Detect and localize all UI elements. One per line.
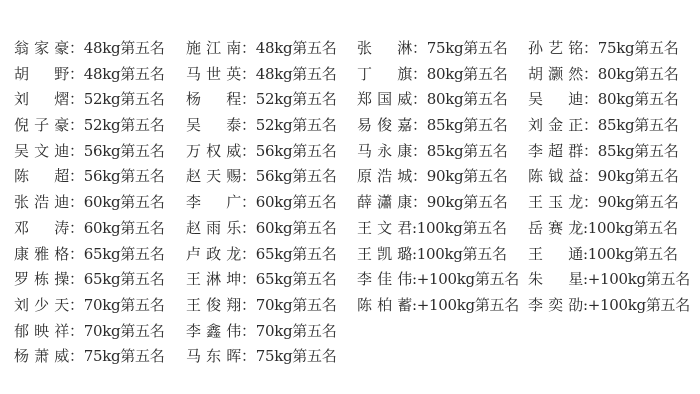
athlete-name: 孙艺铭 — [528, 36, 583, 62]
rank-label: 第五名 — [634, 139, 678, 165]
weight-class: 65kg — [256, 267, 293, 293]
weight-class: 56kg — [84, 139, 121, 165]
result-entry: 马东晖：75kg第五名 — [186, 344, 336, 370]
athlete-name: 王淋坤 — [186, 267, 241, 293]
separator: ： — [583, 62, 598, 88]
separator: ： — [69, 87, 84, 113]
result-entry: 倪子豪：52kg第五名 — [14, 113, 164, 139]
separator: ： — [241, 62, 256, 88]
result-entry: 刘少天：70kg第五名 — [14, 293, 164, 319]
separator: ： — [583, 36, 598, 62]
weight-class: 56kg — [84, 164, 121, 190]
result-entry: 易俊嘉：85kg第五名 — [357, 113, 519, 139]
rank-label: 第五名 — [292, 164, 336, 190]
rank-label: 第五名 — [634, 216, 678, 242]
result-entry: 康雅格：65kg第五名 — [14, 242, 164, 268]
rank-label: 第五名 — [634, 113, 678, 139]
rank-label: 第五名 — [120, 242, 164, 268]
separator: ： — [241, 216, 256, 242]
result-entry: 卢政龙：65kg第五名 — [186, 242, 336, 268]
athlete-name: 马世英 — [186, 62, 241, 88]
result-entry: 李鑫伟：70kg第五名 — [186, 319, 336, 345]
rank-label: 第五名 — [634, 190, 678, 216]
separator: ： — [241, 36, 256, 62]
athlete-name: 王文君 — [357, 216, 412, 242]
separator: ： — [69, 319, 84, 345]
separator: ： — [583, 190, 598, 216]
athlete-name: 李奕劭 — [528, 293, 583, 319]
weight-class: 85kg — [598, 139, 635, 165]
rank-label: 第五名 — [120, 87, 164, 113]
result-entry: 王文君:100kg第五名 — [357, 216, 519, 242]
athlete-name: 施江南 — [186, 36, 241, 62]
rank-label: 第五名 — [463, 87, 507, 113]
athlete-name: 陈钺益 — [528, 164, 583, 190]
weight-class: 80kg — [598, 87, 635, 113]
athlete-name: 杨 程 — [186, 87, 241, 113]
athlete-name: 郁映祥 — [14, 319, 69, 345]
athlete-name: 原浩城 — [357, 164, 412, 190]
athlete-name: 陈 超 — [14, 164, 69, 190]
rank-label: 第五名 — [463, 242, 507, 268]
separator: ： — [69, 113, 84, 139]
rank-label: 第五名 — [120, 293, 164, 319]
athlete-name: 吴文迪 — [14, 139, 69, 165]
weight-class: 48kg — [84, 36, 121, 62]
rank-label: 第五名 — [634, 36, 678, 62]
rank-label: 第五名 — [634, 87, 678, 113]
rank-label: 第五名 — [463, 36, 507, 62]
result-entry: 李 广：60kg第五名 — [186, 190, 336, 216]
result-entry: 罗栋操：65kg第五名 — [14, 267, 164, 293]
athlete-name: 岳赛龙 — [528, 216, 583, 242]
athlete-name: 马东晖 — [186, 344, 241, 370]
rank-label: 第五名 — [120, 36, 164, 62]
separator: ： — [69, 164, 84, 190]
weight-class: 56kg — [256, 164, 293, 190]
rank-label: 第五名 — [475, 267, 519, 293]
separator: ： — [241, 113, 256, 139]
rank-label: 第五名 — [634, 62, 678, 88]
weight-class: 52kg — [256, 87, 293, 113]
rank-label: 第五名 — [292, 319, 336, 345]
weight-class: +100kg — [417, 293, 475, 319]
athlete-name: 杨萧威 — [14, 344, 69, 370]
athlete-name: 刘金正 — [528, 113, 583, 139]
rank-label: 第五名 — [292, 113, 336, 139]
weight-class: 80kg — [427, 87, 464, 113]
weight-class: 65kg — [256, 242, 293, 268]
weight-class: 52kg — [84, 113, 121, 139]
result-entry: 杨萧威：75kg第五名 — [14, 344, 164, 370]
weight-class: +100kg — [588, 293, 646, 319]
athlete-name: 刘 熠 — [14, 87, 69, 113]
separator: ： — [241, 293, 256, 319]
weight-class: 70kg — [84, 293, 121, 319]
result-entry: 王凯璐:100kg第五名 — [357, 242, 519, 268]
rank-label: 第五名 — [120, 216, 164, 242]
rank-label: 第五名 — [646, 293, 690, 319]
weight-class: 85kg — [427, 113, 464, 139]
results-column-1: 翁家豪：48kg第五名胡 野：48kg第五名刘 熠：52kg第五名倪子豪：52k… — [14, 36, 164, 370]
separator: ： — [241, 190, 256, 216]
separator: ： — [241, 242, 256, 268]
separator: ： — [241, 344, 256, 370]
separator: ： — [69, 139, 84, 165]
rank-label: 第五名 — [120, 267, 164, 293]
separator: ： — [241, 164, 256, 190]
weight-class: 75kg — [598, 36, 635, 62]
result-entry: 李佳伟:+100kg第五名 — [357, 267, 519, 293]
weight-class: 60kg — [84, 190, 121, 216]
athlete-name: 薛瀟康 — [357, 190, 412, 216]
rank-label: 第五名 — [292, 36, 336, 62]
result-entry: 陈钺益：90kg第五名 — [528, 164, 690, 190]
rank-label: 第五名 — [646, 267, 690, 293]
rank-label: 第五名 — [120, 164, 164, 190]
results-column-4: 孙艺铭：75kg第五名胡灏然：80kg第五名吴 迪：80kg第五名刘金正：85k… — [528, 36, 690, 319]
rank-label: 第五名 — [292, 190, 336, 216]
rank-label: 第五名 — [292, 87, 336, 113]
result-entry: 王玉龙：90kg第五名 — [528, 190, 690, 216]
rank-label: 第五名 — [463, 190, 507, 216]
result-entry: 郁映祥：70kg第五名 — [14, 319, 164, 345]
athlete-name: 陈柏蓄 — [357, 293, 412, 319]
separator: ： — [69, 242, 84, 268]
weight-class: 90kg — [427, 190, 464, 216]
weight-class: 60kg — [84, 216, 121, 242]
result-entry: 陈 超：56kg第五名 — [14, 164, 164, 190]
athlete-name: 邓 涛 — [14, 216, 69, 242]
result-entry: 李奕劭:+100kg第五名 — [528, 293, 690, 319]
weight-class: 85kg — [427, 139, 464, 165]
separator: ： — [583, 87, 598, 113]
result-entry: 马世英：48kg第五名 — [186, 62, 336, 88]
rank-label: 第五名 — [292, 293, 336, 319]
weight-class: 75kg — [256, 344, 293, 370]
result-entry: 吴 迪：80kg第五名 — [528, 87, 690, 113]
rank-label: 第五名 — [120, 190, 164, 216]
rank-label: 第五名 — [120, 319, 164, 345]
athlete-name: 李佳伟 — [357, 267, 412, 293]
separator: ： — [412, 190, 427, 216]
athlete-name: 张浩迪 — [14, 190, 69, 216]
athlete-name: 王玉龙 — [528, 190, 583, 216]
result-entry: 陈柏蓄:+100kg第五名 — [357, 293, 519, 319]
rank-label: 第五名 — [120, 344, 164, 370]
athlete-name: 康雅格 — [14, 242, 69, 268]
weight-class: 80kg — [598, 62, 635, 88]
result-entry: 岳赛龙:100kg第五名 — [528, 216, 690, 242]
weight-class: +100kg — [588, 267, 646, 293]
separator: ： — [69, 62, 84, 88]
rank-label: 第五名 — [120, 113, 164, 139]
athlete-name: 马永康 — [357, 139, 412, 165]
rank-label: 第五名 — [292, 344, 336, 370]
separator: ： — [412, 87, 427, 113]
result-entry: 马永康：85kg第五名 — [357, 139, 519, 165]
result-entry: 朱 星:+100kg第五名 — [528, 267, 690, 293]
athlete-name: 翁家豪 — [14, 36, 69, 62]
weight-class: 48kg — [256, 62, 293, 88]
weight-class: 100kg — [588, 216, 634, 242]
separator: ： — [69, 267, 84, 293]
weight-class: 70kg — [84, 319, 121, 345]
separator: ： — [412, 113, 427, 139]
result-entry: 丁 旗：80kg第五名 — [357, 62, 519, 88]
result-entry: 孙艺铭：75kg第五名 — [528, 36, 690, 62]
athlete-name: 王俊翔 — [186, 293, 241, 319]
rank-label: 第五名 — [634, 242, 678, 268]
weight-class: 80kg — [427, 62, 464, 88]
rank-label: 第五名 — [475, 293, 519, 319]
weight-class: 90kg — [427, 164, 464, 190]
rank-label: 第五名 — [292, 267, 336, 293]
weight-class: 70kg — [256, 319, 293, 345]
results-column-2: 施江南：48kg第五名马世英：48kg第五名杨 程：52kg第五名吴 泰：52k… — [186, 36, 336, 370]
result-entry: 王 通:100kg第五名 — [528, 242, 690, 268]
result-entry: 郑国威：80kg第五名 — [357, 87, 519, 113]
result-entry: 万权威：56kg第五名 — [186, 139, 336, 165]
rank-label: 第五名 — [120, 139, 164, 165]
result-entry: 李超群：85kg第五名 — [528, 139, 690, 165]
weight-class: 48kg — [84, 62, 121, 88]
weight-class: 48kg — [256, 36, 293, 62]
result-entry: 刘 熠：52kg第五名 — [14, 87, 164, 113]
rank-label: 第五名 — [292, 139, 336, 165]
rank-label: 第五名 — [463, 62, 507, 88]
separator: ： — [412, 36, 427, 62]
rank-label: 第五名 — [463, 113, 507, 139]
athlete-name: 王 通 — [528, 242, 583, 268]
athlete-name: 胡灏然 — [528, 62, 583, 88]
separator: ： — [69, 344, 84, 370]
separator: ： — [69, 36, 84, 62]
athlete-name: 胡 野 — [14, 62, 69, 88]
athlete-name: 李 广 — [186, 190, 241, 216]
separator: ： — [241, 139, 256, 165]
separator: ： — [583, 164, 598, 190]
separator: ： — [583, 113, 598, 139]
athlete-name: 张 淋 — [357, 36, 412, 62]
weight-class: 75kg — [427, 36, 464, 62]
weight-class: 100kg — [588, 242, 634, 268]
rank-label: 第五名 — [292, 216, 336, 242]
separator: ： — [241, 87, 256, 113]
athlete-name: 易俊嘉 — [357, 113, 412, 139]
rank-label: 第五名 — [463, 139, 507, 165]
separator: ： — [69, 216, 84, 242]
weight-class: 52kg — [256, 113, 293, 139]
athlete-name: 赵天赐 — [186, 164, 241, 190]
athlete-name: 罗栋操 — [14, 267, 69, 293]
athlete-name: 万权威 — [186, 139, 241, 165]
rank-label: 第五名 — [463, 164, 507, 190]
separator: ： — [412, 62, 427, 88]
result-entry: 张 淋：75kg第五名 — [357, 36, 519, 62]
result-entry: 原浩城：90kg第五名 — [357, 164, 519, 190]
rank-label: 第五名 — [463, 216, 507, 242]
weight-class: 75kg — [84, 344, 121, 370]
rank-label: 第五名 — [292, 242, 336, 268]
result-entry: 胡 野：48kg第五名 — [14, 62, 164, 88]
separator: ： — [412, 164, 427, 190]
result-entry: 吴 泰：52kg第五名 — [186, 113, 336, 139]
result-entry: 施江南：48kg第五名 — [186, 36, 336, 62]
athlete-name: 倪子豪 — [14, 113, 69, 139]
result-entry: 赵天赐：56kg第五名 — [186, 164, 336, 190]
rank-label: 第五名 — [120, 62, 164, 88]
result-entry: 张浩迪：60kg第五名 — [14, 190, 164, 216]
result-entry: 吴文迪：56kg第五名 — [14, 139, 164, 165]
athlete-name: 朱 星 — [528, 267, 583, 293]
result-entry: 杨 程：52kg第五名 — [186, 87, 336, 113]
weight-class: 56kg — [256, 139, 293, 165]
results-column-3: 张 淋：75kg第五名丁 旗：80kg第五名郑国威：80kg第五名易俊嘉：85k… — [357, 36, 519, 319]
athlete-name: 丁 旗 — [357, 62, 412, 88]
result-entry: 薛瀟康：90kg第五名 — [357, 190, 519, 216]
result-entry: 胡灏然：80kg第五名 — [528, 62, 690, 88]
separator: ： — [241, 267, 256, 293]
rank-label: 第五名 — [292, 62, 336, 88]
result-entry: 刘金正：85kg第五名 — [528, 113, 690, 139]
weight-class: 85kg — [598, 113, 635, 139]
result-entry: 邓 涛：60kg第五名 — [14, 216, 164, 242]
result-entry: 王俊翔：70kg第五名 — [186, 293, 336, 319]
athlete-name: 李超群 — [528, 139, 583, 165]
weight-class: +100kg — [417, 267, 475, 293]
separator: ： — [241, 319, 256, 345]
weight-class: 65kg — [84, 267, 121, 293]
weight-class: 100kg — [417, 242, 463, 268]
result-entry: 翁家豪：48kg第五名 — [14, 36, 164, 62]
weight-class: 90kg — [598, 164, 635, 190]
athlete-name: 刘少天 — [14, 293, 69, 319]
athlete-name: 王凯璐 — [357, 242, 412, 268]
rank-label: 第五名 — [634, 164, 678, 190]
separator: ： — [69, 190, 84, 216]
athlete-name: 吴 迪 — [528, 87, 583, 113]
weight-class: 60kg — [256, 190, 293, 216]
athlete-name: 李鑫伟 — [186, 319, 241, 345]
weight-class: 100kg — [417, 216, 463, 242]
separator: ： — [412, 139, 427, 165]
weight-class: 90kg — [598, 190, 635, 216]
athlete-name: 卢政龙 — [186, 242, 241, 268]
athlete-name: 吴 泰 — [186, 113, 241, 139]
athlete-name: 郑国威 — [357, 87, 412, 113]
weight-class: 65kg — [84, 242, 121, 268]
result-entry: 王淋坤：65kg第五名 — [186, 267, 336, 293]
weight-class: 52kg — [84, 87, 121, 113]
result-entry: 赵雨乐：60kg第五名 — [186, 216, 336, 242]
weight-class: 70kg — [256, 293, 293, 319]
separator: ： — [69, 293, 84, 319]
weight-class: 60kg — [256, 216, 293, 242]
athlete-name: 赵雨乐 — [186, 216, 241, 242]
separator: ： — [583, 139, 598, 165]
